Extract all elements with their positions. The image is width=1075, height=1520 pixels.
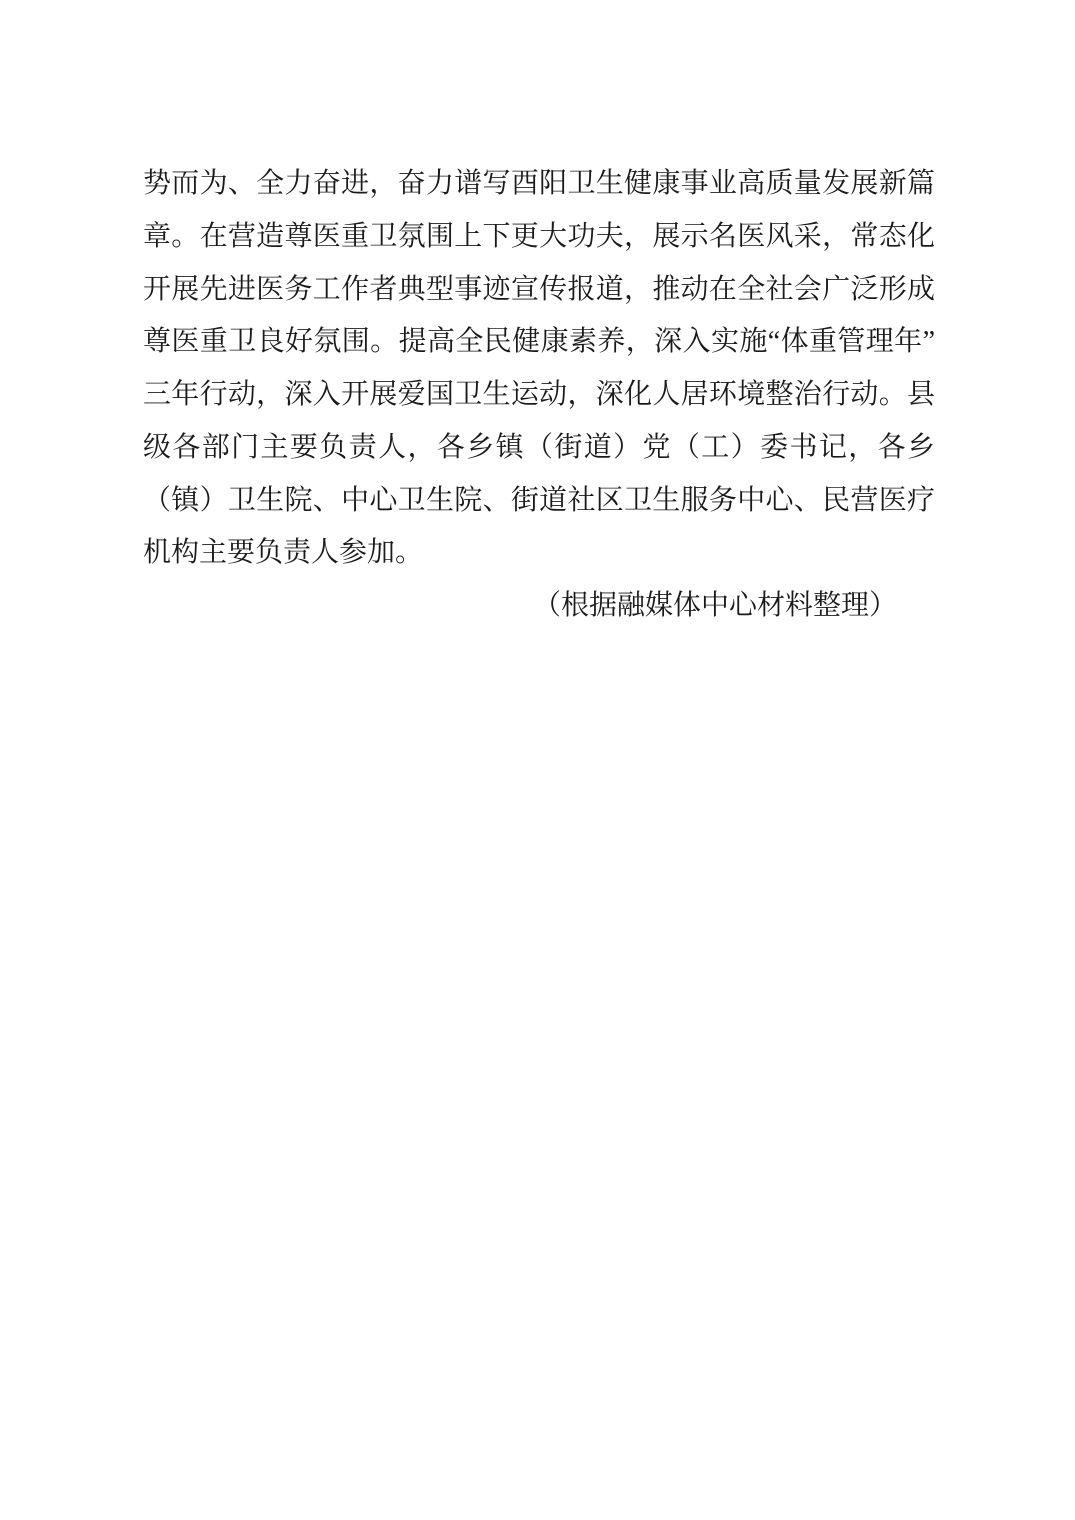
body-text-line: 势而为、全力奋进，奋力谱写酉阳卫生健康事业高质量发展新篇 (143, 158, 935, 211)
body-text-line: 级各部门主要负责人，各乡镇（街道）党（工）委书记，各乡 (143, 422, 935, 475)
document-page: 势而为、全力奋进，奋力谱写酉阳卫生健康事业高质量发展新篇 章。在营造尊医重卫氛围… (0, 0, 1075, 1520)
body-text-line: 尊医重卫良好氛围。提高全民健康素养，深入实施“体重管理年” (143, 316, 935, 369)
body-text-line: （镇）卫生院、中心卫生院、街道社区卫生服务中心、民营医疗 (143, 475, 935, 528)
body-text-line: 章。在营造尊医重卫氛围上下更大功夫，展示名医风采，常态化 (143, 211, 935, 264)
body-text-block: 势而为、全力奋进，奋力谱写酉阳卫生健康事业高质量发展新篇 章。在营造尊医重卫氛围… (143, 158, 935, 633)
attribution-line: （根据融媒体中心材料整理） (143, 580, 935, 633)
body-text-line: 三年行动，深入开展爱国卫生运动，深化人居环境整治行动。县 (143, 369, 935, 422)
body-text-line: 机构主要负责人参加。 (143, 527, 935, 580)
body-text-line: 开展先进医务工作者典型事迹宣传报道，推动在全社会广泛形成 (143, 264, 935, 317)
